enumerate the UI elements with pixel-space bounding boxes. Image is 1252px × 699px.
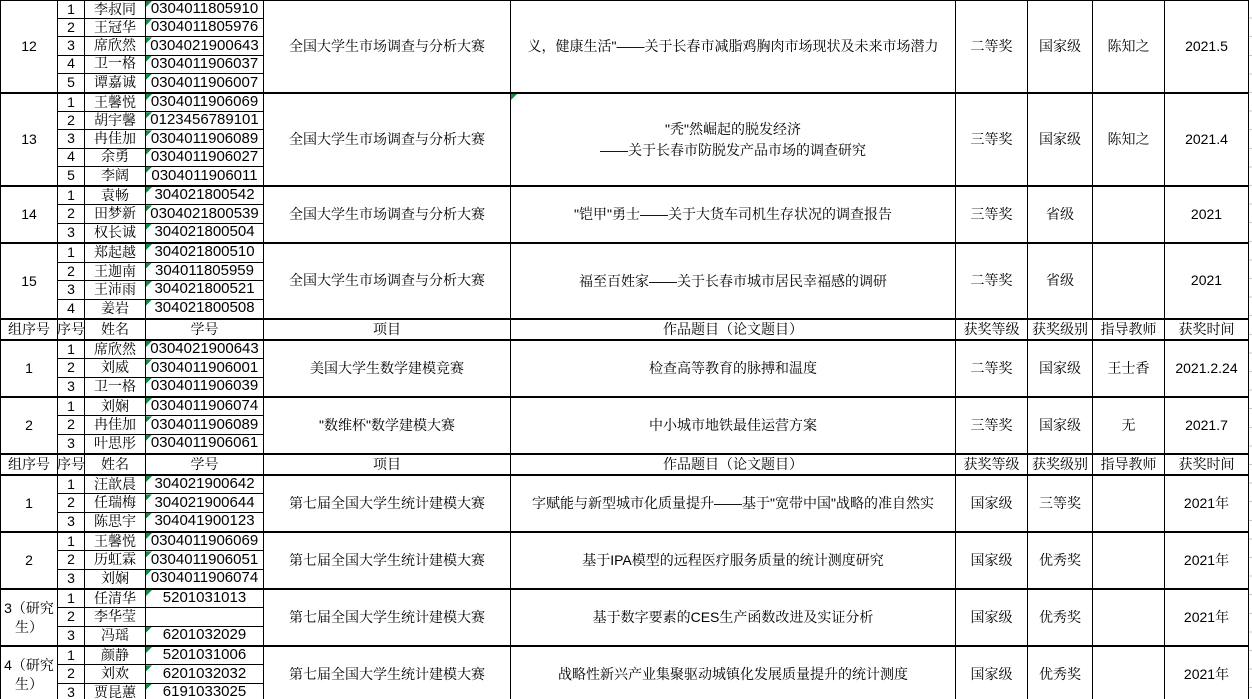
cell-student-id[interactable]: 304021800504 — [146, 224, 264, 242]
error-indicator-triangle — [146, 416, 152, 422]
awards-table: 121李叔同03040118059102王冠华03040118059763席欣然… — [0, 0, 1249, 699]
error-indicator-triangle — [146, 112, 152, 118]
cell-student-id[interactable]: 0304011906037 — [146, 56, 264, 74]
cell-award-time[interactable]: 2021.4 — [1165, 94, 1249, 185]
cell-project[interactable]: 全国大学生市场调查与分析大赛 — [264, 244, 511, 318]
cell-member-name[interactable]: 贾昆蕙 — [85, 684, 146, 699]
cell-student-id[interactable]: 304021800508 — [146, 300, 264, 319]
error-indicator-triangle — [146, 398, 152, 404]
cell-member-no[interactable]: 1 — [58, 94, 85, 112]
cell-award-level[interactable]: 省级 — [1028, 244, 1093, 318]
cell-member-no[interactable]: 2 — [58, 665, 85, 683]
error-indicator-triangle — [146, 476, 152, 482]
header-cell-student-id[interactable]: 学号 — [146, 320, 264, 339]
table-group-row: 4（研究生）1颜静52010310062刘欢62010320323贾昆蕙6191… — [1, 647, 1249, 699]
cell-member-name[interactable]: 颜静 — [85, 647, 146, 665]
cell-member-no[interactable]: 5 — [58, 74, 85, 92]
cell-award-grade[interactable]: 国家级 — [956, 647, 1028, 699]
cell-group-no[interactable]: 1 — [1, 476, 58, 531]
cell-student-id[interactable]: 6191033025 — [146, 684, 264, 699]
cell-award-level[interactable]: 国家级 — [1028, 94, 1093, 185]
cell-advisor[interactable] — [1093, 533, 1165, 588]
cell-project[interactable]: 第七届全国大学生统计建模大赛 — [264, 476, 511, 531]
cell-work-title[interactable]: "秃"然崛起的脱发经济 ——关于长春市防脱发产品市场的调查研究 — [511, 94, 956, 185]
cell-advisor[interactable]: 王士香 — [1093, 341, 1165, 396]
cell-award-level[interactable]: 国家级 — [1028, 341, 1093, 396]
cell-member-name[interactable]: 刘娴 — [85, 398, 146, 416]
cell-student-id[interactable]: 6201032029 — [146, 627, 264, 645]
cell-member-no[interactable]: 3 — [58, 37, 85, 55]
cell-member-name[interactable]: 任清华 — [85, 590, 146, 608]
cell-member-name[interactable]: 叶思彤 — [85, 435, 146, 453]
header-cell-project[interactable]: 项目 — [264, 320, 511, 339]
cell-student-id[interactable]: 5201031006 — [146, 647, 264, 665]
cell-student-id[interactable]: 0304011906007 — [146, 74, 264, 92]
header-cell-member-no[interactable]: 序号 — [58, 455, 85, 474]
cell-advisor[interactable] — [1093, 590, 1165, 645]
cell-member-no[interactable]: 4 — [58, 300, 85, 319]
header-cell-member-name[interactable]: 姓名 — [85, 320, 146, 339]
cell-student-id[interactable]: 5201031013 — [146, 590, 264, 608]
cell-member-no[interactable]: 2 — [58, 19, 85, 37]
cell-student-id[interactable]: 304021900642 — [146, 476, 264, 494]
cell-work-title[interactable]: 中小城市地铁最佳运营方案 — [511, 398, 956, 453]
cell-group-no[interactable]: 2 — [1, 398, 58, 453]
cell-advisor[interactable] — [1093, 476, 1165, 531]
cell-member-name[interactable]: 冉佳加 — [85, 416, 146, 434]
cell-award-time[interactable]: 2021.2.24 — [1165, 341, 1249, 396]
cell-advisor[interactable]: 无 — [1093, 398, 1165, 453]
cell-member-no[interactable]: 1 — [58, 647, 85, 665]
error-indicator-triangle — [146, 359, 152, 365]
cell-member-name[interactable]: 席欣然 — [85, 341, 146, 359]
error-indicator-triangle — [146, 56, 152, 62]
cell-student-id[interactable]: 0304011906089 — [146, 416, 264, 434]
cell-award-time[interactable]: 2021 — [1165, 187, 1249, 242]
header-cell-award-time[interactable]: 获奖时间 — [1165, 320, 1249, 339]
cell-student-id[interactable]: 6201032032 — [146, 665, 264, 683]
cell-award-level[interactable]: 三等奖 — [1028, 476, 1093, 531]
cell-member-name[interactable]: 郑起越 — [85, 244, 146, 263]
cell-award-grade[interactable]: 国家级 — [956, 476, 1028, 531]
cell-member-name[interactable]: 余勇 — [85, 149, 146, 167]
cell-student-id[interactable]: 0304011906074 — [146, 570, 264, 588]
cell-advisor[interactable] — [1093, 244, 1165, 318]
cell-award-level[interactable]: 国家级 — [1028, 1, 1093, 92]
header-cell-award-time[interactable]: 获奖时间 — [1165, 455, 1249, 474]
cell-member-name[interactable]: 田梦新 — [85, 205, 146, 223]
cell-member-no[interactable]: 3 — [58, 627, 85, 645]
table-group-row: 11汪歆晨3040219006422任瑞梅3040219006443陈思宇304… — [1, 476, 1249, 533]
header-cell-advisor[interactable]: 指导教师 — [1093, 320, 1165, 339]
cell-student-id[interactable]: 0304011906069 — [146, 94, 264, 112]
cell-member-no[interactable]: 3 — [58, 378, 85, 396]
cell-member-no[interactable]: 2 — [58, 205, 85, 223]
table-group-row: 3（研究生）1任清华52010310132李华莹3冯瑶6201032029第七届… — [1, 590, 1249, 647]
cell-member-name[interactable]: 刘娴 — [85, 570, 146, 588]
cell-member-no[interactable]: 1 — [58, 244, 85, 263]
header-cell-member-no[interactable]: 序号 — [58, 320, 85, 339]
cell-award-level[interactable]: 省级 — [1028, 187, 1093, 242]
cell-member-name[interactable]: 王迦南 — [85, 263, 146, 282]
cell-member-name[interactable]: 陈思宇 — [85, 513, 146, 531]
cell-advisor[interactable] — [1093, 187, 1165, 242]
cell-member-no[interactable]: 3 — [58, 281, 85, 300]
cell-student-id[interactable]: 0304021800539 — [146, 205, 264, 223]
cell-project[interactable]: "数维杯"数学建模大赛 — [264, 398, 511, 453]
cell-student-id[interactable]: 0304011906011 — [146, 167, 264, 185]
error-indicator-triangle — [146, 494, 152, 500]
header-cell-work-title[interactable]: 作品题目（论文题目） — [511, 320, 956, 339]
cell-member-no[interactable]: 2 — [58, 263, 85, 282]
error-indicator-triangle — [146, 263, 152, 269]
header-cell-project[interactable]: 项目 — [264, 455, 511, 474]
error-indicator-triangle — [146, 94, 152, 100]
cell-advisor[interactable]: 陈知之 — [1093, 1, 1165, 92]
header-cell-work-title[interactable]: 作品题目（论文题目） — [511, 455, 956, 474]
cell-work-title[interactable]: 福至百姓家——关于长春市城市居民幸福感的调研 — [511, 244, 956, 318]
header-cell-award-grade[interactable]: 获奖等级 — [956, 455, 1028, 474]
cell-member-name[interactable]: 姜岩 — [85, 300, 146, 319]
table-header-row: 组序号序号姓名学号项目作品题目（论文题目）获奖等级获奖级别指导教师获奖时间 — [1, 320, 1249, 341]
cell-student-id[interactable]: 0304011906061 — [146, 435, 264, 453]
cell-award-grade[interactable]: 二等奖 — [956, 244, 1028, 318]
error-indicator-triangle — [146, 130, 152, 136]
header-cell-award-grade[interactable]: 获奖等级 — [956, 320, 1028, 339]
error-indicator-triangle — [146, 684, 152, 690]
cell-member-name[interactable]: 任瑞梅 — [85, 494, 146, 512]
cell-member-no[interactable]: 1 — [58, 533, 85, 551]
header-cell-member-name[interactable]: 姓名 — [85, 455, 146, 474]
cell-work-title[interactable]: 战略性新兴产业集聚驱动城镇化发展质量提升的统计测度 — [511, 647, 956, 699]
cell-award-time[interactable]: 2021年 — [1165, 590, 1249, 645]
cell-member-name[interactable]: 李阔 — [85, 167, 146, 185]
cell-work-title[interactable]: 字赋能与新型城市化质量提升——基于"宽带中国"战略的准自然实 — [511, 476, 956, 531]
cell-member-no[interactable]: 2 — [58, 416, 85, 434]
error-indicator-triangle — [146, 300, 152, 306]
cell-member-no[interactable]: 1 — [58, 476, 85, 494]
cell-member-no[interactable]: 3 — [58, 435, 85, 453]
cell-student-id[interactable]: 0304021900643 — [146, 341, 264, 359]
cell-group-no[interactable]: 14 — [1, 187, 58, 242]
cell-project[interactable]: 美国大学生数学建模竞赛 — [264, 341, 511, 396]
cell-work-title[interactable]: 基于IPA模型的远程医疗服务质量的统计测度研究 — [511, 533, 956, 588]
header-cell-student-id[interactable]: 学号 — [146, 455, 264, 474]
error-indicator-triangle — [146, 570, 152, 576]
cell-member-name[interactable]: 李叔同 — [85, 1, 146, 19]
error-indicator-triangle — [511, 94, 517, 100]
cell-award-grade[interactable]: 三等奖 — [956, 94, 1028, 185]
cell-project[interactable]: 第七届全国大学生统计建模大赛 — [264, 647, 511, 699]
cell-member-name[interactable]: 李华莹 — [85, 608, 146, 626]
cell-advisor[interactable]: 陈知之 — [1093, 94, 1165, 185]
cell-student-id[interactable]: 0304021900643 — [146, 37, 264, 55]
cell-student-id[interactable]: 0304011906089 — [146, 130, 264, 148]
cell-member-name[interactable]: 历虹霖 — [85, 551, 146, 569]
cell-member-no[interactable]: 3 — [58, 513, 85, 531]
cell-award-level[interactable]: 优秀奖 — [1028, 647, 1093, 699]
cell-member-name[interactable]: 权长诚 — [85, 224, 146, 242]
error-indicator-triangle — [146, 167, 152, 173]
cell-project[interactable]: 第七届全国大学生统计建模大赛 — [264, 590, 511, 645]
error-indicator-triangle — [146, 205, 152, 211]
error-indicator-triangle — [146, 627, 152, 633]
cell-member-name[interactable]: 卫一格 — [85, 56, 146, 74]
cell-member-no[interactable]: 2 — [58, 359, 85, 377]
table-group-row: 21王馨悦03040119060692历虹霖03040119060513刘娴03… — [1, 533, 1249, 590]
cell-student-id[interactable]: 304021900644 — [146, 494, 264, 512]
cell-advisor[interactable] — [1093, 647, 1165, 699]
cell-group-no[interactable]: 15 — [1, 244, 58, 318]
cell-member-no[interactable]: 2 — [58, 608, 85, 626]
error-indicator-triangle — [146, 1, 152, 7]
cell-project[interactable]: 全国大学生市场调查与分析大赛 — [264, 1, 511, 92]
cell-member-no[interactable]: 2 — [58, 551, 85, 569]
cell-member-no[interactable]: 4 — [58, 56, 85, 74]
table-group-row: 141袁畅3040218005422田梦新03040218005393权长诚30… — [1, 187, 1249, 244]
header-cell-group-no[interactable]: 组序号 — [1, 455, 58, 474]
table-group-row: 121李叔同03040118059102王冠华03040118059763席欣然… — [1, 1, 1249, 94]
cell-work-title[interactable]: "铠甲"勇士——关于大货车司机生存状况的调查报告 — [511, 187, 956, 242]
cell-award-level[interactable]: 优秀奖 — [1028, 533, 1093, 588]
cell-award-time[interactable]: 2021年 — [1165, 533, 1249, 588]
error-indicator-triangle — [146, 149, 152, 155]
cell-student-id[interactable]: 0304011906069 — [146, 533, 264, 551]
cell-student-id[interactable] — [146, 608, 264, 626]
cell-award-level[interactable]: 国家级 — [1028, 398, 1093, 453]
error-indicator-triangle — [146, 378, 152, 384]
cell-member-no[interactable]: 1 — [58, 1, 85, 19]
error-indicator-triangle — [146, 590, 152, 596]
cell-member-name[interactable]: 胡宇馨 — [85, 112, 146, 130]
cell-member-no[interactable]: 1 — [58, 398, 85, 416]
error-indicator-triangle — [146, 647, 152, 653]
cell-member-no[interactable]: 2 — [58, 112, 85, 130]
cell-student-id[interactable]: 0304011906039 — [146, 378, 264, 396]
cell-work-title[interactable]: 义，健康生活"——关于长春市减脂鸡胸肉市场现状及未来市场潜力 — [511, 1, 956, 92]
cell-member-name[interactable]: 刘欢 — [85, 665, 146, 683]
cell-work-title[interactable]: 检查高等教育的脉搏和温度 — [511, 341, 956, 396]
cell-member-name[interactable]: 汪歆晨 — [85, 476, 146, 494]
cell-award-time[interactable]: 2021年 — [1165, 476, 1249, 531]
cell-member-name[interactable]: 王冠华 — [85, 19, 146, 37]
cell-member-name[interactable]: 王沛雨 — [85, 281, 146, 300]
cell-student-id[interactable]: 0123456789101 — [146, 112, 264, 130]
cell-member-name[interactable]: 王馨悦 — [85, 533, 146, 551]
cell-project[interactable]: 第七届全国大学生统计建模大赛 — [264, 533, 511, 588]
error-indicator-triangle — [146, 244, 152, 250]
cell-member-no[interactable]: 1 — [58, 187, 85, 205]
table-group-row: 131王馨悦03040119060692胡宇馨01234567891013冉佳加… — [1, 94, 1249, 187]
cell-member-name[interactable]: 冯瑶 — [85, 627, 146, 645]
cell-award-level[interactable]: 优秀奖 — [1028, 590, 1093, 645]
error-indicator-triangle — [146, 533, 152, 539]
cell-student-id[interactable]: 304021800510 — [146, 244, 264, 263]
cell-member-name[interactable]: 卫一格 — [85, 378, 146, 396]
cell-member-no[interactable]: 3 — [58, 570, 85, 588]
header-cell-advisor[interactable]: 指导教师 — [1093, 455, 1165, 474]
cell-student-id[interactable]: 304011805959 — [146, 263, 264, 282]
cell-member-name[interactable]: 袁畅 — [85, 187, 146, 205]
cell-award-grade[interactable]: 国家级 — [956, 533, 1028, 588]
cell-work-title[interactable]: 基于数字要素的CES生产函数改进及实证分析 — [511, 590, 956, 645]
cell-member-no[interactable]: 1 — [58, 590, 85, 608]
table-group-row: 21刘娴03040119060742冉佳加03040119060893叶思彤03… — [1, 398, 1249, 455]
header-cell-award-level[interactable]: 获奖级别 — [1028, 320, 1093, 339]
cell-student-id[interactable]: 0304011906027 — [146, 149, 264, 167]
error-indicator-triangle — [146, 551, 152, 557]
cell-member-no[interactable]: 4 — [58, 149, 85, 167]
cell-award-grade[interactable]: 二等奖 — [956, 1, 1028, 92]
table-header-row: 组序号序号姓名学号项目作品题目（论文题目）获奖等级获奖级别指导教师获奖时间 — [1, 455, 1249, 476]
table-group-row: 11席欣然03040219006432刘威03040119060013卫一格03… — [1, 341, 1249, 398]
error-indicator-triangle — [146, 341, 152, 347]
header-cell-award-level[interactable]: 获奖级别 — [1028, 455, 1093, 474]
spreadsheet-awards-table: 121李叔同03040118059102王冠华03040118059763席欣然… — [0, 0, 1252, 699]
cell-student-id[interactable]: 304021800542 — [146, 187, 264, 205]
header-cell-group-no[interactable]: 组序号 — [1, 320, 58, 339]
error-indicator-triangle — [146, 37, 152, 43]
table-group-row: 151郑起越3040218005102王迦南3040118059593王沛雨30… — [1, 244, 1249, 320]
error-indicator-triangle — [146, 224, 152, 230]
cell-group-no[interactable]: 12 — [1, 1, 58, 92]
cell-award-time[interactable]: 2021 — [1165, 244, 1249, 318]
cell-student-id[interactable]: 0304011906074 — [146, 398, 264, 416]
cell-member-no[interactable]: 3 — [58, 684, 85, 699]
cell-award-time[interactable]: 2021.7 — [1165, 398, 1249, 453]
error-indicator-triangle — [146, 74, 152, 80]
cell-member-name[interactable]: 席欣然 — [85, 37, 146, 55]
cell-group-no[interactable]: 3（研究生） — [1, 590, 58, 645]
cell-award-grade[interactable]: 二等奖 — [956, 341, 1028, 396]
cell-group-no[interactable]: 4（研究生） — [1, 647, 58, 699]
cell-group-no[interactable]: 1 — [1, 341, 58, 396]
error-indicator-triangle — [146, 19, 152, 25]
cell-project[interactable]: 全国大学生市场调查与分析大赛 — [264, 94, 511, 185]
cell-award-grade[interactable]: 国家级 — [956, 590, 1028, 645]
cell-group-no[interactable]: 2 — [1, 533, 58, 588]
cell-group-no[interactable]: 13 — [1, 94, 58, 185]
cell-member-no[interactable]: 5 — [58, 167, 85, 185]
error-indicator-triangle — [146, 513, 152, 519]
error-indicator-triangle — [146, 187, 152, 193]
cell-member-name[interactable]: 冉佳加 — [85, 130, 146, 148]
error-indicator-triangle — [146, 435, 152, 441]
cell-member-no[interactable]: 3 — [58, 224, 85, 242]
cell-member-no[interactable]: 2 — [58, 494, 85, 512]
cell-member-no[interactable]: 3 — [58, 130, 85, 148]
cell-member-no[interactable]: 1 — [58, 341, 85, 359]
error-indicator-triangle — [146, 281, 152, 287]
cell-award-grade[interactable]: 三等奖 — [956, 398, 1028, 453]
cell-student-id[interactable]: 0304011805976 — [146, 19, 264, 37]
cell-student-id[interactable]: 304021800521 — [146, 281, 264, 300]
cell-student-id[interactable]: 0304011805910 — [146, 1, 264, 19]
cell-project[interactable]: 全国大学生市场调查与分析大赛 — [264, 187, 511, 242]
cell-award-grade[interactable]: 三等奖 — [956, 187, 1028, 242]
error-indicator-triangle — [146, 665, 152, 671]
cell-student-id[interactable]: 304041900123 — [146, 513, 264, 531]
cell-member-name[interactable]: 刘威 — [85, 359, 146, 377]
cell-student-id[interactable]: 0304011906051 — [146, 551, 264, 569]
cell-member-name[interactable]: 王馨悦 — [85, 94, 146, 112]
cell-award-time[interactable]: 2021年 — [1165, 647, 1249, 699]
cell-student-id[interactable]: 0304011906001 — [146, 359, 264, 377]
cell-member-name[interactable]: 谭嘉诚 — [85, 74, 146, 92]
cell-award-time[interactable]: 2021.5 — [1165, 1, 1249, 92]
